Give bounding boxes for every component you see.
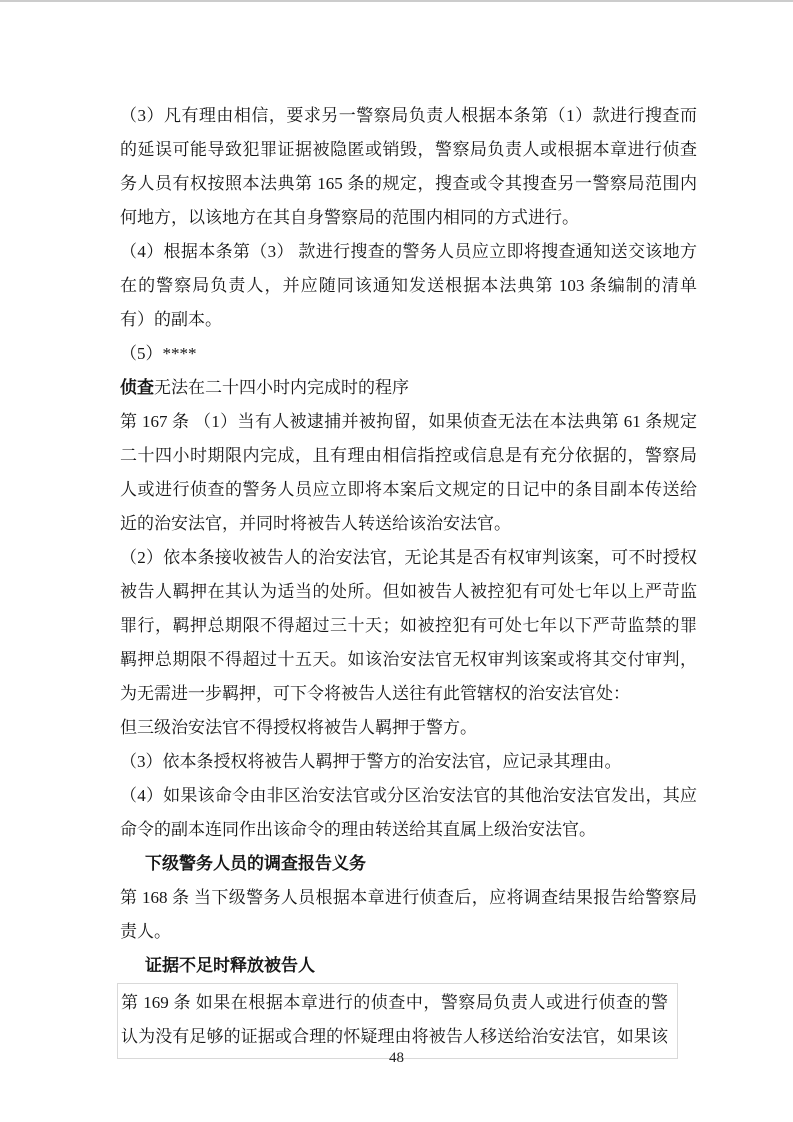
text-line: 羁押总期限不得超过十五天。如该治安法官无权审判该案或将其交付审判，并认 — [120, 643, 697, 677]
text-line: 在的警察局负责人，并应随同该通知发送根据本法典第 103 条编制的清单（如果 — [120, 269, 697, 303]
section-heading: 下级警务人员的调查报告义务 — [120, 847, 697, 881]
section-heading-text: 下级警务人员的调查报告义务 — [120, 847, 697, 881]
section-heading: 侦查无法在二十四小时内完成时的程序 — [120, 371, 697, 405]
text-line: 的延误可能导致犯罪证据被隐匿或销毁，警察局负责人或根据本章进行侦查的警 — [120, 133, 697, 167]
text-line: （3）凡有理由相信，要求另一警察局负责人根据本条第（1）款进行搜查而造成 — [120, 99, 697, 133]
section-heading-text: 侦查无法在二十四小时内完成时的程序 — [120, 371, 697, 405]
section-heading-text: 证据不足时释放被告人 — [120, 949, 697, 983]
document-page: （3）凡有理由相信，要求另一警察局负责人根据本条第（1）款进行搜查而造成的延误可… — [0, 0, 793, 1122]
text-line: （3）依本条授权将被告人羁押于警方的治安法官，应记录其理由。 — [120, 745, 697, 779]
paragraph: （3）依本条授权将被告人羁押于警方的治安法官，应记录其理由。 — [120, 745, 697, 779]
heading-bold-part: 侦查 — [120, 378, 154, 397]
text-line: 罪行，羁押总期限不得超过三十天；如被控犯有可处七年以下严苛监禁的罪行， — [120, 609, 697, 643]
section-heading: 证据不足时释放被告人 — [120, 949, 697, 983]
heading-regular-part: 无法在二十四小时内完成时的程序 — [154, 378, 409, 397]
text-line: 为无需进一步羁押，可下令将被告人送往有此管辖权的治安法官处： — [120, 677, 697, 711]
text-line: 二十四小时期限内完成，且有理由相信指控或信息是有充分依据的，警察局负责 — [120, 439, 697, 473]
paragraph: （5）**** — [120, 337, 697, 371]
paragraph: （4）根据本条第（3） 款进行搜查的警务人员应立即将搜查通知送交该地方所在的警察… — [120, 235, 697, 337]
text-line: 命令的副本连同作出该命令的理由转送给其直属上级治安法官。 — [120, 813, 697, 847]
text-line: 有）的副本。 — [120, 303, 697, 337]
text-line: 责人。 — [120, 915, 697, 949]
paragraph: 第 167 条 （1）当有人被逮捕并被拘留，如果侦查无法在本法典第 61 条规定… — [120, 405, 697, 541]
paragraph: （2）依本条接收被告人的治安法官，无论其是否有权审判该案，可不时授权将被告人羁押… — [120, 541, 697, 745]
text-line: 务人员有权按照本法典第 165 条的规定，搜查或令其搜查另一警察局范围内的任 — [120, 167, 697, 201]
text-line: （4）根据本条第（3） 款进行搜查的警务人员应立即将搜查通知送交该地方所 — [120, 235, 697, 269]
text-line: 第 168 条 当下级警务人员根据本章进行侦查后，应将调查结果报告给警察局负 — [120, 881, 697, 915]
text-line: 近的治安法官，并同时将被告人转送给该治安法官。 — [120, 507, 697, 541]
text-line: 第 169 条 如果在根据本章进行的侦查中，警察局负责人或进行侦查的警务人员 — [121, 986, 668, 1020]
paragraph: （4）如果该命令由非区治安法官或分区治安法官的其他治安法官发出，其应将命令的副本… — [120, 779, 697, 847]
text-line: 认为没有足够的证据或合理的怀疑理由将被告人移送给治安法官，如果该人被羁 — [121, 1020, 668, 1054]
paragraph: 第 168 条 当下级警务人员根据本章进行侦查后，应将调查结果报告给警察局负责人… — [120, 881, 697, 949]
text-line: 被告人羁押在其认为适当的处所。但如被告人被控犯有可处七年以上严苛监禁的 — [120, 575, 697, 609]
text-line: 何地方，以该地方在其自身警察局的范围内相同的方式进行。 — [120, 201, 697, 235]
text-line: （5）**** — [120, 337, 697, 371]
text-line: （2）依本条接收被告人的治安法官，无论其是否有权审判该案，可不时授权将 — [120, 541, 697, 575]
text-line: 第 167 条 （1）当有人被逮捕并被拘留，如果侦查无法在本法典第 61 条规定… — [120, 405, 697, 439]
text-line: （4）如果该命令由非区治安法官或分区治安法官的其他治安法官发出，其应将 — [120, 779, 697, 813]
boxed-paragraph: 第 169 条 如果在根据本章进行的侦查中，警察局负责人或进行侦查的警务人员认为… — [117, 983, 678, 1059]
text-line: 人或进行侦查的警务人员应立即将本案后文规定的日记中的条目副本传送给最 — [120, 473, 697, 507]
paragraph: （3）凡有理由相信，要求另一警察局负责人根据本条第（1）款进行搜查而造成的延误可… — [120, 99, 697, 235]
text-line: 但三级治安法官不得授权将被告人羁押于警方。 — [120, 711, 697, 745]
document-body: （3）凡有理由相信，要求另一警察局负责人根据本条第（1）款进行搜查而造成的延误可… — [120, 99, 697, 1059]
page-number: 48 — [0, 1050, 793, 1067]
